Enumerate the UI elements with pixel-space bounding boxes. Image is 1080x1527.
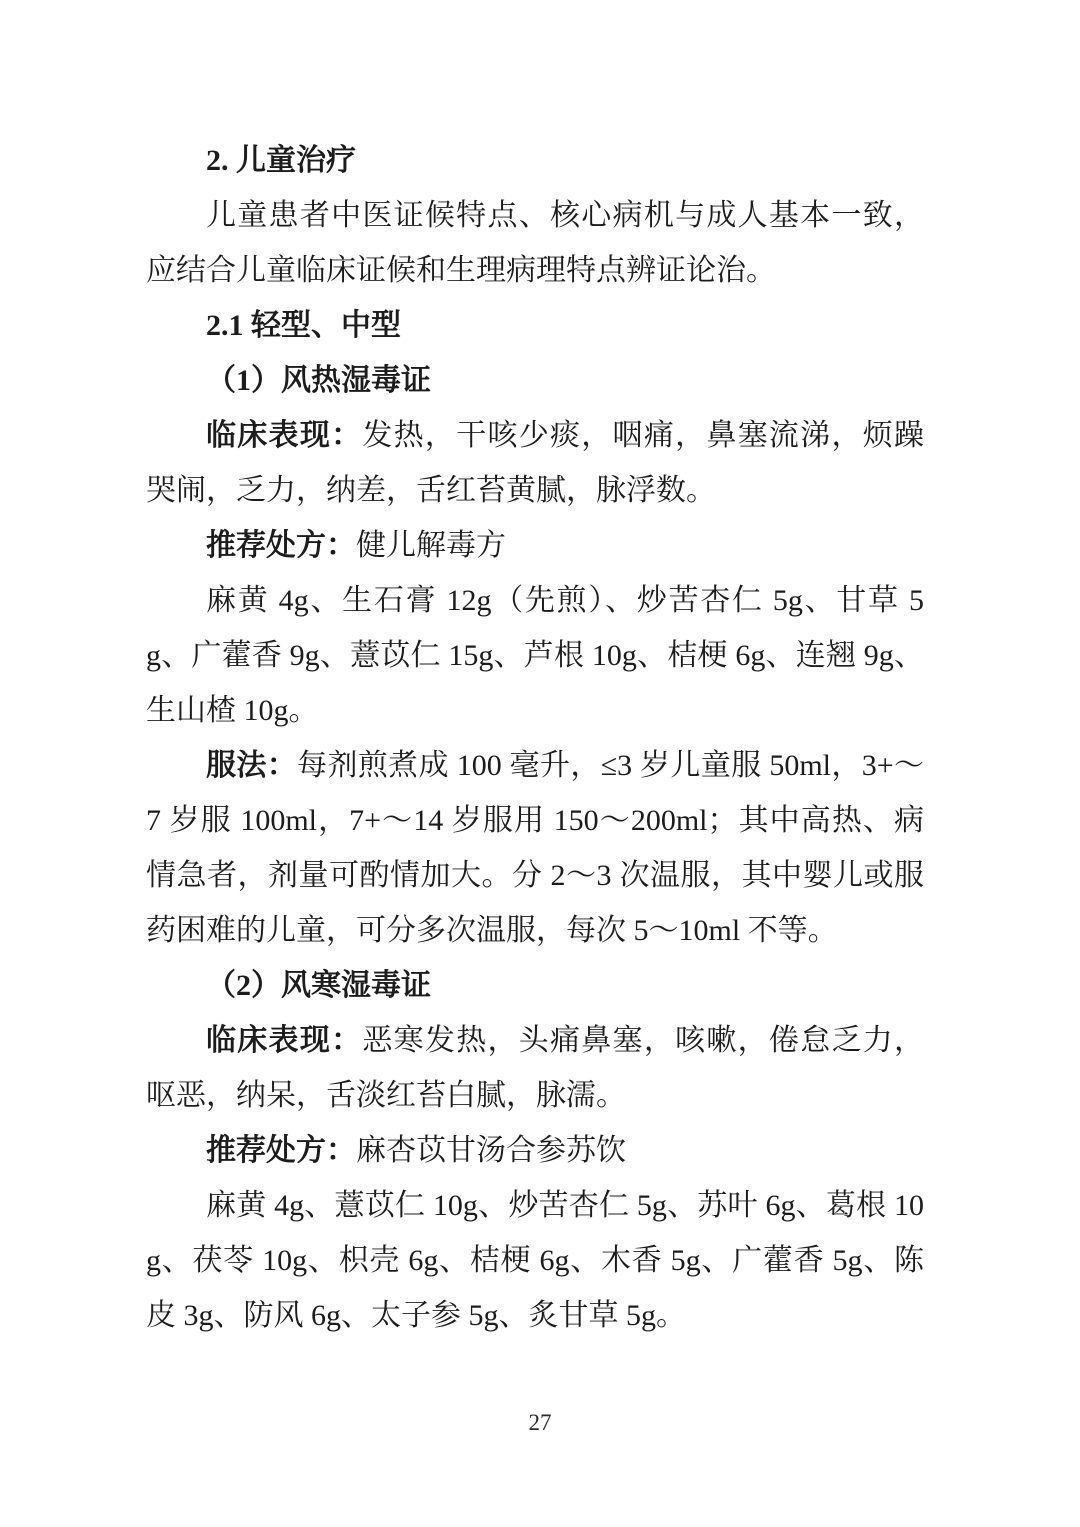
paragraph-herbs-list-2: 麻黄 4g、薏苡仁 10g、炒苦杏仁 5g、苏叶 6g、葛根 10g、茯苓 10… (146, 1178, 924, 1343)
paragraph-recommended-prescription-2: 推荐处方：麻杏苡甘汤合参苏饮 (146, 1123, 924, 1178)
paragraph-intro: 儿童患者中医证候特点、核心病机与成人基本一致，应结合儿童临床证候和生理病理特点辨… (146, 188, 924, 298)
paragraph-text: 麻杏苡甘汤合参苏饮 (356, 1134, 626, 1167)
heading-wind-cold-damp-toxin: （2）风寒湿毒证 (146, 958, 924, 1013)
paragraph-label: 推荐处方： (206, 529, 356, 562)
paragraph-label: 临床表现： (206, 1024, 362, 1057)
document-body: 2. 儿童治疗 儿童患者中医证候特点、核心病机与成人基本一致，应结合儿童临床证候… (146, 133, 924, 1343)
paragraph-label: 推荐处方： (206, 1134, 356, 1167)
paragraph-dosage-instructions: 服法：每剂煎煮成 100 毫升，≤3 岁儿童服 50ml，3+～7 岁服 100… (146, 738, 924, 958)
heading-mild-moderate: 2.1 轻型、中型 (146, 298, 924, 353)
heading-wind-heat-damp-toxin: （1）风热湿毒证 (146, 353, 924, 408)
heading-text: 2. 儿童治疗 (206, 144, 356, 177)
paragraph-herbs-list-1: 麻黄 4g、生石膏 12g（先煎）、炒苦杏仁 5g、甘草 5g、广藿香 9g、薏… (146, 573, 924, 738)
heading-text: 2.1 轻型、中型 (206, 309, 401, 342)
paragraph-text: 儿童患者中医证候特点、核心病机与成人基本一致，应结合儿童临床证候和生理病理特点辨… (146, 199, 924, 287)
paragraph-clinical-manifestations-2: 临床表现：恶寒发热，头痛鼻塞，咳嗽，倦怠乏力，呕恶，纳呆，舌淡红苔白腻，脉濡。 (146, 1013, 924, 1123)
paragraph-recommended-prescription-1: 推荐处方：健儿解毒方 (146, 518, 924, 573)
paragraph-text: 麻黄 4g、生石膏 12g（先煎）、炒苦杏仁 5g、甘草 5g、广藿香 9g、薏… (146, 584, 924, 727)
heading-text: （2）风寒湿毒证 (206, 969, 431, 1002)
paragraph-text: 麻黄 4g、薏苡仁 10g、炒苦杏仁 5g、苏叶 6g、葛根 10g、茯苓 10… (146, 1189, 924, 1332)
heading-children-treatment: 2. 儿童治疗 (146, 133, 924, 188)
paragraph-label: 临床表现： (206, 419, 362, 452)
heading-text: （1）风热湿毒证 (206, 364, 431, 397)
page-number: 27 (0, 1408, 1080, 1438)
paragraph-clinical-manifestations-1: 临床表现：发热，干咳少痰，咽痛，鼻塞流涕，烦躁哭闹，乏力，纳差，舌红苔黄腻，脉浮… (146, 408, 924, 518)
paragraph-label: 服法： (206, 749, 297, 782)
paragraph-text: 健儿解毒方 (356, 529, 506, 562)
document-page: 2. 儿童治疗 儿童患者中医证候特点、核心病机与成人基本一致，应结合儿童临床证候… (0, 0, 1080, 1527)
